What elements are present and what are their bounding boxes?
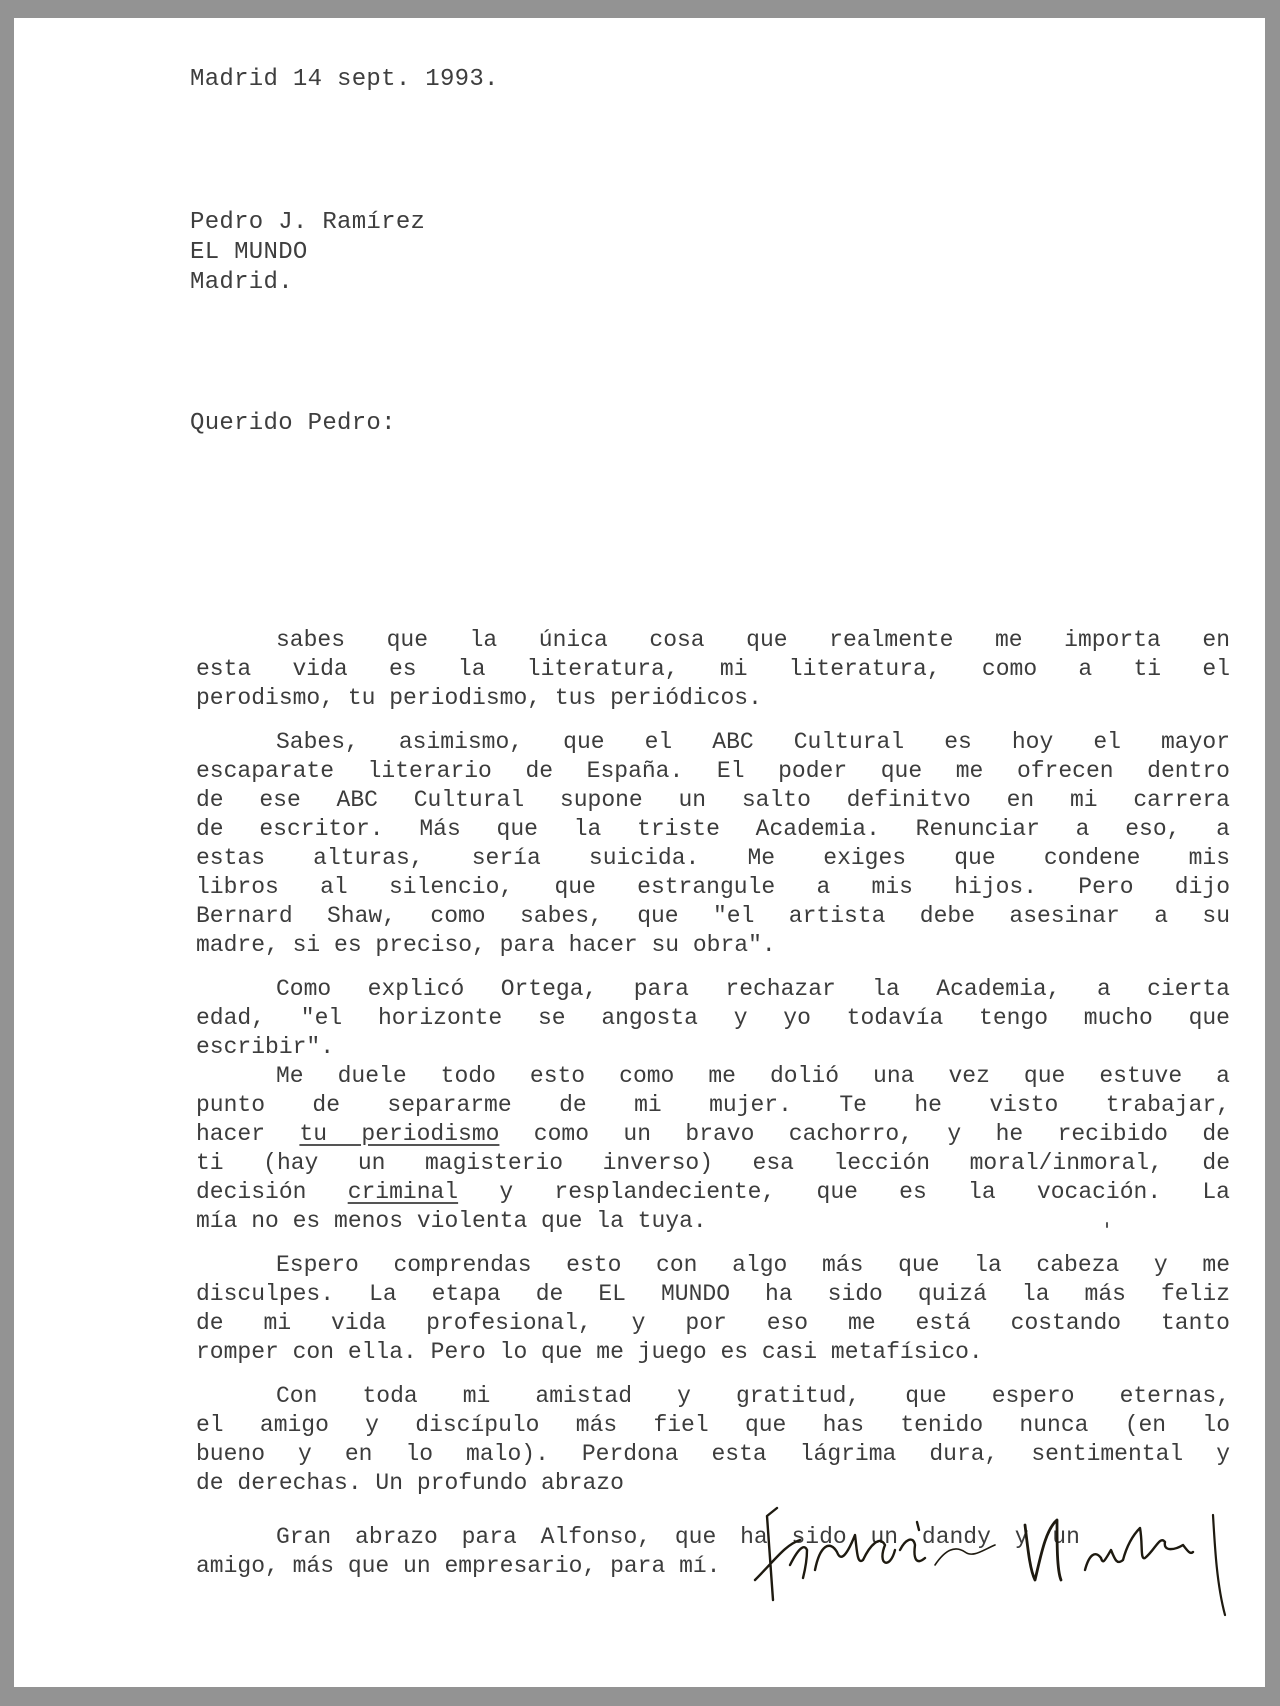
body-line: perodismo, tu periodismo, tus periódicos… [196, 684, 762, 712]
recipient-name: Pedro J. Ramírez [190, 209, 425, 237]
body-line: ti (hay un magisterio inverso) esa lecci… [196, 1149, 1230, 1177]
body-line: el amigo y discípulo más fiel que has te… [196, 1411, 1230, 1439]
body-line: hacer tu periodismo como un bravo cachor… [196, 1120, 1230, 1148]
body-line: disculpes. La etapa de EL MUNDO ha sido … [196, 1280, 1230, 1308]
underlined-phrase: tu periodismo [299, 1121, 499, 1147]
body-line: Espero comprendas esto con algo más que … [276, 1251, 1230, 1279]
recipient-city: Madrid. [190, 269, 293, 297]
body-line: bueno y en lo malo). Perdona esta lágrim… [196, 1440, 1230, 1468]
body-line: madre, si es preciso, para hacer su obra… [196, 931, 776, 959]
body-line: Sabes, asimismo, que el ABC Cultural es … [276, 728, 1230, 756]
body-line: libros al silencio, que estrangule a mis… [196, 873, 1230, 901]
body-line: Con toda mi amistad y gratitud, que espe… [276, 1382, 1230, 1410]
ink-speck [1106, 1222, 1108, 1228]
recipient-organization: EL MUNDO [190, 239, 308, 267]
body-line: escribir". [196, 1033, 334, 1061]
body-line: escaparate literario de España. El poder… [196, 757, 1230, 785]
salutation: Querido Pedro: [190, 410, 396, 438]
body-line: mía no es menos violenta que la tuya. [196, 1207, 707, 1235]
body-line: de ese ABC Cultural supone un salto defi… [196, 786, 1230, 814]
body-line: esta vida es la literatura, mi literatur… [196, 655, 1230, 683]
body-line: de escritor. Más que la triste Academia.… [196, 815, 1230, 843]
body-line: punto de separarme de mi mujer. Te he vi… [196, 1091, 1230, 1119]
body-line: Me duele todo esto como me dolió una vez… [276, 1062, 1230, 1090]
body-line: amigo, más que un empresario, para mí. [196, 1552, 721, 1580]
underlined-phrase: criminal [348, 1179, 458, 1205]
body-line: Como explicó Ortega, para rechazar la Ac… [276, 975, 1230, 1003]
letter-date: Madrid 14 sept. 1993. [190, 66, 499, 94]
body-line: de mi vida profesional, y por eso me est… [196, 1309, 1230, 1337]
body-line: romper con ella. Pero lo que me juego es… [196, 1338, 983, 1366]
body-line: de derechas. Un profundo abrazo [196, 1469, 624, 1497]
body-line: edad, "el horizonte se angosta y yo toda… [196, 1004, 1230, 1032]
body-line: sabes que la única cosa que realmente me… [276, 626, 1230, 654]
body-line: estas alturas, sería suicida. Me exiges … [196, 844, 1230, 872]
body-line: decisión criminal y resplandeciente, que… [196, 1178, 1230, 1206]
body-line: Bernard Shaw, como sabes, que "el artist… [196, 902, 1230, 930]
handwritten-signature [745, 1490, 1245, 1620]
